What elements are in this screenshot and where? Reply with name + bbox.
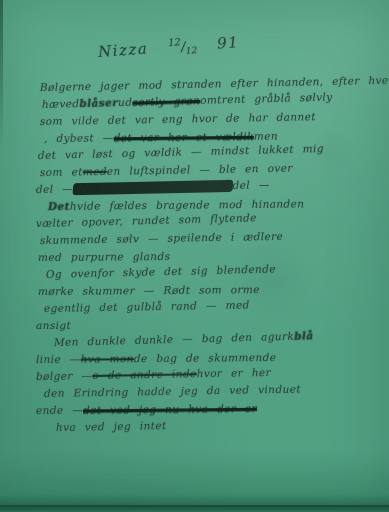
handwritten-text: linie — bbox=[36, 354, 81, 366]
date-denominator: 12 bbox=[186, 46, 198, 57]
handwritten-text: Det bbox=[48, 201, 70, 213]
manuscript-photo: Nizza 12/12 91 Bølgerne jager mod strand… bbox=[0, 0, 389, 512]
handwritten-text: blå bbox=[294, 330, 314, 343]
struck-text: sortly grøn bbox=[132, 95, 200, 109]
handwritten-text: ende — bbox=[36, 405, 83, 417]
handwritten-text: egentlig det gulblå rand — med bbox=[44, 299, 250, 315]
heading-date: 12/12 bbox=[168, 36, 198, 56]
manuscript-text: Bølgerne jager mod stranden efter hinand… bbox=[36, 82, 375, 439]
handwritten-text: hva ved jeg intet bbox=[56, 420, 167, 434]
date-numerator: 12 bbox=[168, 37, 181, 49]
struck-text: det ved jeg nu hva der er bbox=[83, 403, 257, 417]
heading-year: 91 bbox=[216, 33, 239, 52]
struck-text: o de andre inde bbox=[92, 368, 197, 382]
handwritten-text: del — bbox=[36, 183, 73, 196]
paper-edge-shadow-bottom bbox=[0, 494, 389, 512]
handwritten-text: hvide fældes bragende mod hinanden bbox=[70, 198, 305, 212]
handwritten-text: omtrent gråblå sølvly bbox=[200, 91, 333, 106]
handwritten-text: bølger — bbox=[36, 370, 93, 383]
handwritten-text: en luftspindel — ble en over bbox=[107, 163, 293, 178]
struck-text: hva mon bbox=[81, 353, 134, 365]
paper-edge-shadow-left bbox=[0, 0, 3, 150]
handwritten-text: ansigt bbox=[36, 320, 71, 332]
handwritten-text: men bbox=[254, 131, 278, 143]
handwritten-text: del — bbox=[232, 179, 269, 192]
handwritten-text: hæved bbox=[42, 98, 80, 111]
struck-text: med bbox=[83, 166, 107, 178]
struck-text: det var her et vældik bbox=[114, 131, 254, 144]
handwritten-text: som et bbox=[40, 166, 83, 179]
handwritten-text: mørke skummer — Rødt som orme bbox=[38, 284, 260, 298]
handwritten-text: hvor er her bbox=[197, 367, 272, 380]
handwritten-text: ud bbox=[118, 97, 133, 109]
handwritten-text: blåser bbox=[79, 97, 118, 110]
heading-place: Nizza bbox=[97, 39, 148, 60]
handwritten-text: de bag de skummende bbox=[134, 352, 277, 365]
handwritten-text: med purpurne glands bbox=[38, 251, 170, 264]
handwritten-text: , dybest — bbox=[44, 132, 114, 145]
scribbled-out-text: det ville ikke længer gå bbox=[73, 180, 234, 195]
manuscript-heading: Nizza 12/12 91 bbox=[97, 33, 239, 63]
